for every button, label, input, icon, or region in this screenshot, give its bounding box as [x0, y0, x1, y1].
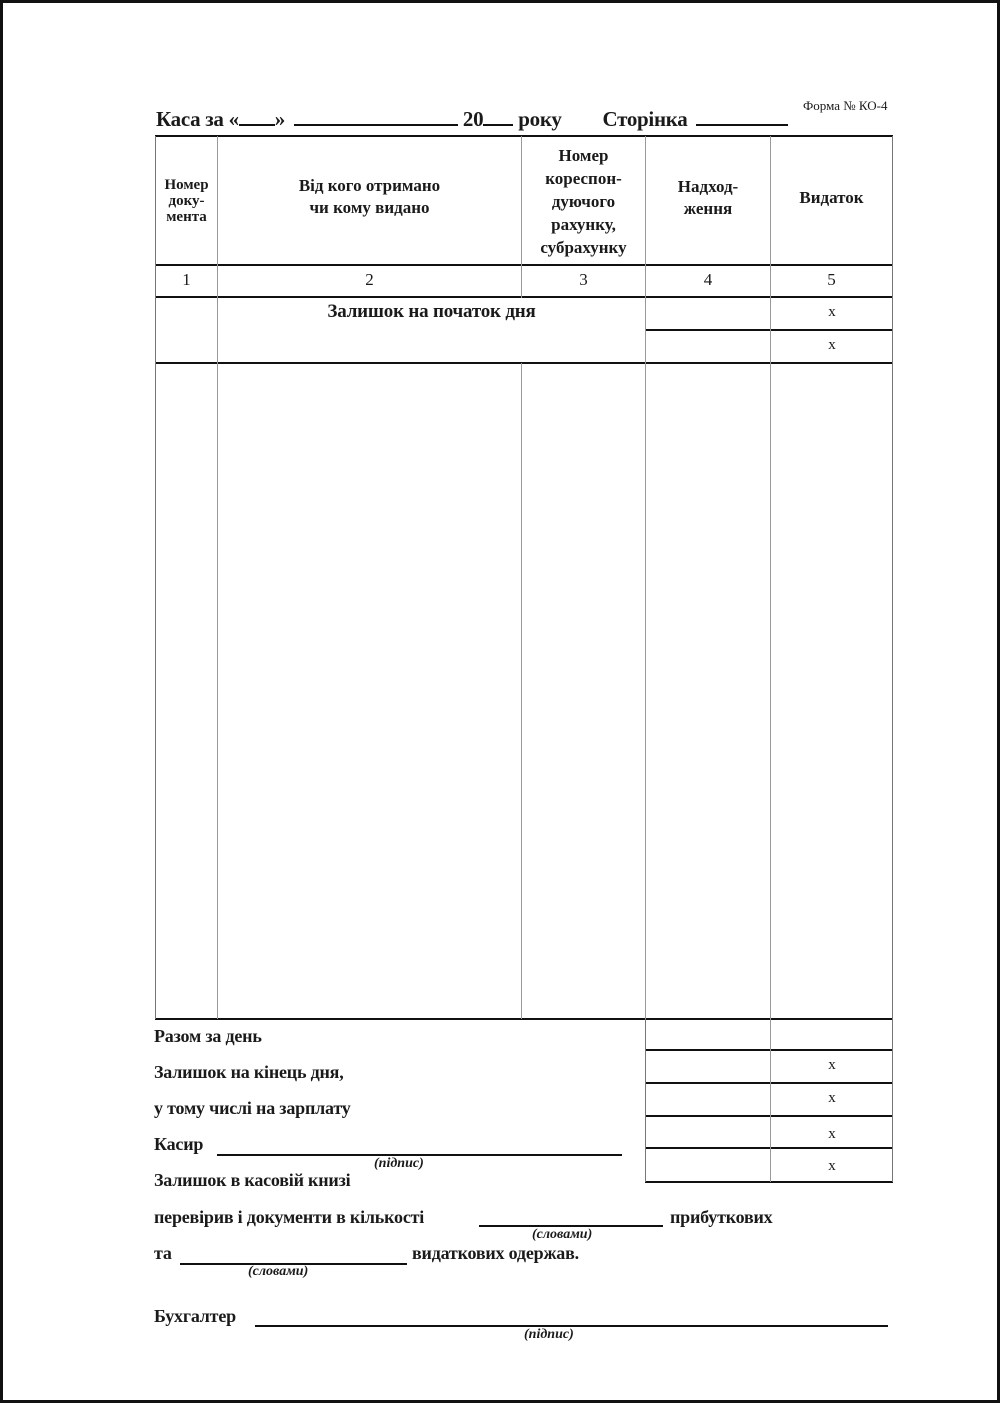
- total-day-label: Разом за день: [154, 1026, 262, 1047]
- opening-income-cell[interactable]: [646, 298, 770, 329]
- col-header-doc-number: Номердоку-мента: [156, 137, 217, 264]
- accountant-signature-hint: (підпис): [524, 1327, 574, 1343]
- entries-area[interactable]: [156, 364, 892, 1018]
- col-number-3: 3: [522, 270, 645, 290]
- summary-mark-3: x: [771, 1126, 893, 1143]
- salary-label: у тому числі на зарплату: [154, 1098, 351, 1119]
- summary-line-4: [645, 1147, 893, 1149]
- col-header-counterparty: Від кого отриманочи кому видано: [218, 137, 521, 257]
- col-number-4: 4: [646, 270, 770, 290]
- opening-mark-2: x: [771, 337, 893, 354]
- summary-mark-4: x: [771, 1158, 893, 1175]
- year-field[interactable]: [483, 106, 513, 126]
- page-field[interactable]: [696, 106, 788, 126]
- col-header-income: Надход-ження: [646, 137, 770, 259]
- summary-mark-2: x: [771, 1090, 893, 1107]
- summary-line-3: [645, 1115, 893, 1117]
- year-suffix: року: [518, 107, 561, 131]
- form-code: Форма № КО-4: [803, 98, 887, 114]
- body-bottom-border: [155, 1018, 893, 1020]
- summary-line-2: [645, 1082, 893, 1084]
- summary-line-1: [645, 1049, 893, 1051]
- header-bottom-border: [155, 264, 893, 266]
- and-label: та: [154, 1243, 172, 1264]
- col-header-expense: Видаток: [771, 137, 892, 259]
- checked-label: перевірив і документи в кількості: [154, 1207, 424, 1228]
- cashier-label: Касир: [154, 1134, 203, 1155]
- summary-col-left: [645, 1019, 646, 1182]
- summary-line-5: [645, 1181, 893, 1183]
- outgoing-label: видаткових одержав.: [412, 1243, 579, 1264]
- cash-date-label: Каса за «: [156, 107, 239, 131]
- quote-close: »: [275, 107, 285, 131]
- accountant-label: Бухгалтер: [154, 1306, 236, 1327]
- col-number-5: 5: [771, 270, 892, 290]
- incoming-label: прибуткових: [670, 1207, 773, 1228]
- opening-income-cell-2[interactable]: [646, 331, 770, 362]
- closing-balance-label: Залишок на кінець дня,: [154, 1062, 344, 1083]
- col-header-account: Номеркореспон-дуючогорахунку,субрахунку: [522, 139, 645, 263]
- day-field[interactable]: [239, 106, 275, 126]
- col-number-2: 2: [218, 270, 521, 290]
- year-prefix: 20: [463, 107, 483, 131]
- incoming-words-hint: (словами): [532, 1227, 592, 1243]
- page-label: Сторінка: [603, 107, 688, 131]
- cashier-signature-hint: (підпис): [374, 1156, 424, 1172]
- month-field[interactable]: [294, 106, 458, 126]
- book-balance-label: Залишок в касовій книзі: [154, 1170, 350, 1191]
- opening-balance-label: Залишок на початок дня: [218, 301, 645, 323]
- numbers-bottom-border: [155, 296, 893, 298]
- col-number-1: 1: [156, 270, 217, 290]
- outgoing-words-hint: (словами): [248, 1264, 308, 1280]
- cash-date-header: Каса за «» 20 року Сторінка: [156, 106, 788, 132]
- opening-mark-1: x: [771, 304, 893, 321]
- col-line-5: [892, 136, 893, 1019]
- summary-mark-1: x: [771, 1057, 893, 1074]
